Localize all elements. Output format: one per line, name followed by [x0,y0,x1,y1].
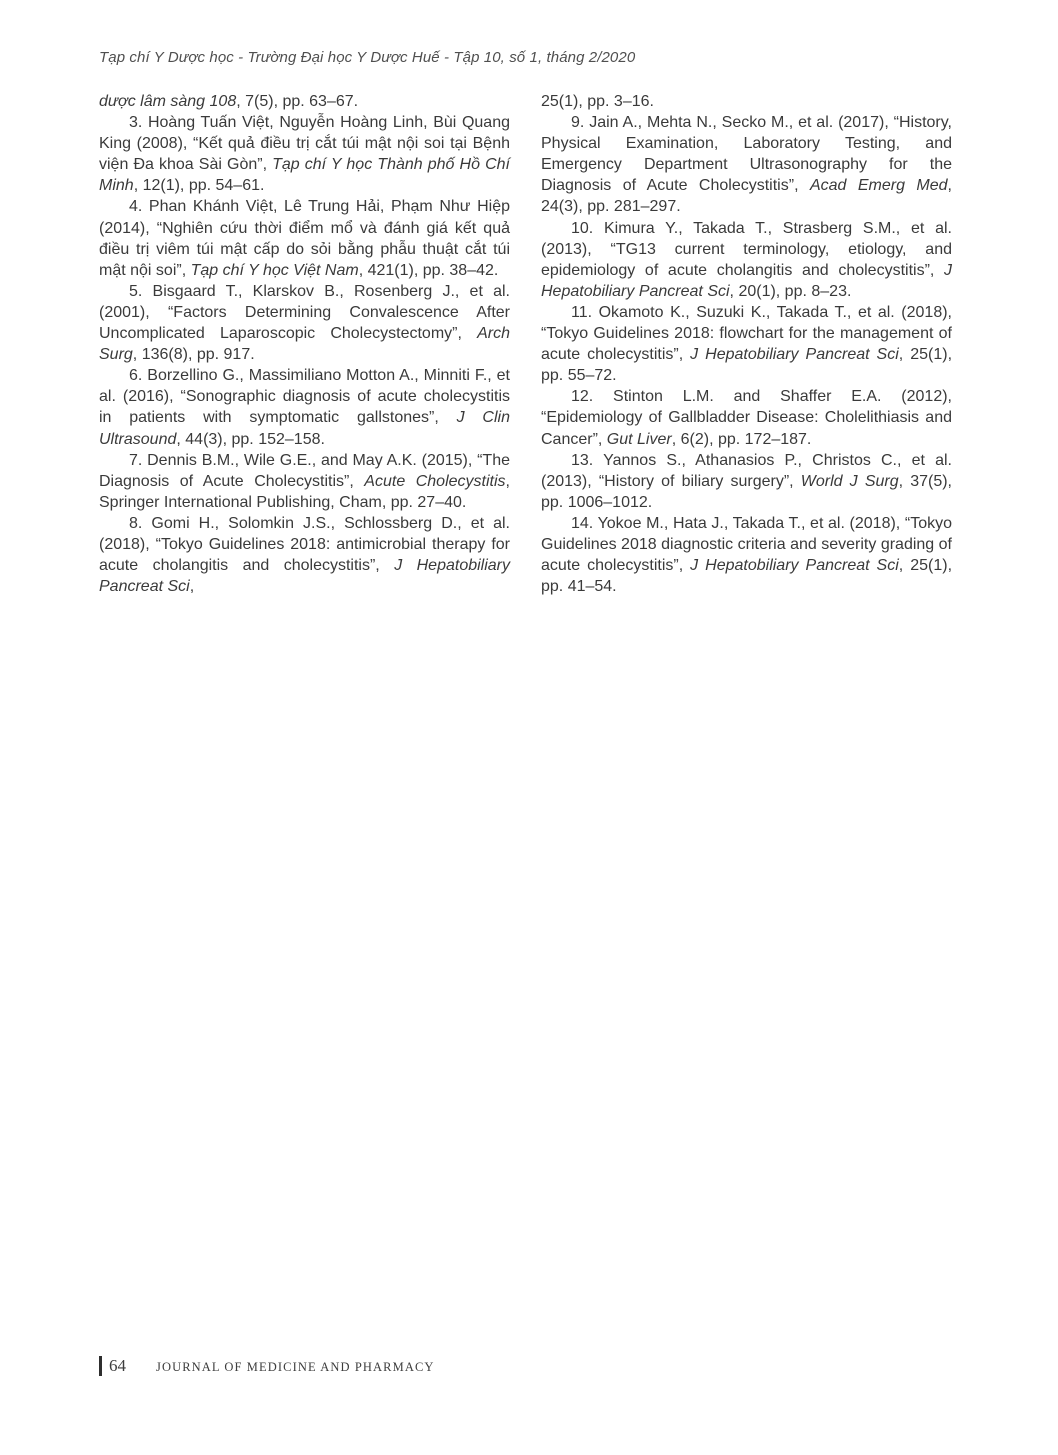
journal-title-italic: Tạp chí Y học Việt Nam [191,262,359,279]
journal-header: Tạp chí Y Dược học - Trường Đại học Y Dư… [99,49,635,66]
reference-text: , [190,578,194,595]
reference-paragraph: 8. Gomi H., Solomkin J.S., Schlossberg D… [99,513,510,597]
reference-text: 25(1), pp. 3–16. [541,93,654,110]
reference-paragraph: 10. Kimura Y., Takada T., Strasberg S.M.… [541,218,952,302]
reference-paragraph: 5. Bisgaard T., Klarskov B., Rosenberg J… [99,281,510,365]
journal-title-italic: Acad Emerg Med [810,177,948,194]
reference-paragraph: 12. Stinton L.M. and Shaffer E.A. (2012)… [541,386,952,449]
reference-paragraph: 7. Dennis B.M., Wile G.E., and May A.K. … [99,450,510,513]
reference-paragraph: 25(1), pp. 3–16. [541,91,952,112]
journal-title-italic: J Hepatobiliary Pancreat Sci [690,346,899,363]
reference-text: , 7(5), pp. 63–67. [236,93,358,110]
reference-text: , 6(2), pp. 172–187. [672,431,812,448]
page-number: 64 [109,1356,126,1376]
reference-paragraph: 13. Yannos S., Athanasios P., Christos C… [541,450,952,513]
reference-paragraph: 11. Okamoto K., Suzuki K., Takada T., et… [541,302,952,386]
reference-paragraph: 9. Jain A., Mehta N., Secko M., et al. (… [541,112,952,217]
journal-title-italic: Gut Liver [607,431,672,448]
reference-paragraph: 3. Hoàng Tuấn Việt, Nguyễn Hoàng Linh, B… [99,112,510,196]
reference-paragraph: 14. Yokoe M., Hata J., Takada T., et al.… [541,513,952,597]
reference-text: , 421(1), pp. 38–42. [359,262,499,279]
journal-title-italic: Acute Cholecystitis [364,473,505,490]
reference-text: , 136(8), pp. 917. [133,346,255,363]
reference-text: , 12(1), pp. 54–61. [134,177,265,194]
journal-title-italic: World J Surg [801,473,899,490]
reference-text: 5. Bisgaard T., Klarskov B., Rosenberg J… [99,283,510,342]
reference-text: , 20(1), pp. 8–23. [730,283,852,300]
journal-title-italic: dược lâm sàng 108 [99,93,236,110]
references-section: dược lâm sàng 108, 7(5), pp. 63–67.3. Ho… [99,91,952,597]
reference-text: 6. Borzellino G., Massimiliano Motton A.… [99,367,510,426]
journal-title-italic: J Hepatobiliary Pancreat Sci [690,557,899,574]
reference-text: 10. Kimura Y., Takada T., Strasberg S.M.… [541,220,952,279]
reference-paragraph: dược lâm sàng 108, 7(5), pp. 63–67. [99,91,510,112]
journal-name: JOURNAL OF MEDICINE AND PHARMACY [156,1360,435,1375]
footer-rule-bar [99,1356,102,1376]
references-column-right: 25(1), pp. 3–16.9. Jain A., Mehta N., Se… [541,91,952,597]
reference-text: , 44(3), pp. 152–158. [176,431,325,448]
paper-page: Tạp chí Y Dược học - Trường Đại học Y Dư… [0,0,1058,1455]
references-column-left: dược lâm sàng 108, 7(5), pp. 63–67.3. Ho… [99,91,510,597]
page-footer: 64 JOURNAL OF MEDICINE AND PHARMACY [99,1356,435,1376]
reference-paragraph: 4. Phan Khánh Việt, Lê Trung Hải, Phạm N… [99,196,510,280]
reference-paragraph: 6. Borzellino G., Massimiliano Motton A.… [99,365,510,449]
